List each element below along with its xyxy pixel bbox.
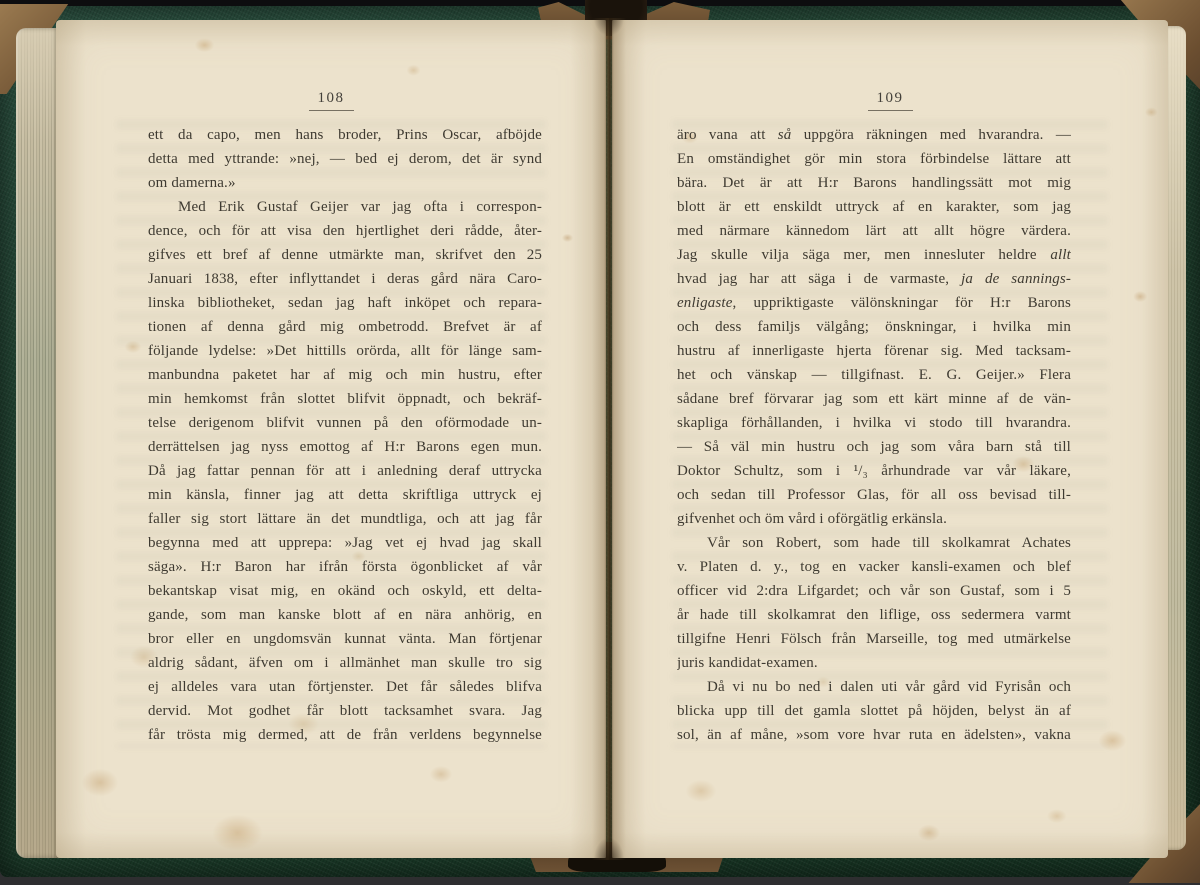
text-line: och sedan till Professor Glas, för all o… — [677, 483, 1071, 507]
folio-left: 108 — [56, 90, 606, 111]
text-line: Då vi nu bo ned i dalen uti vår gård vid… — [677, 675, 1071, 699]
text-line: år hade till skolkamrat den liflige, oss… — [677, 603, 1071, 627]
text-line: äro vana att så uppgöra räkningen med hv… — [677, 123, 1071, 147]
text-line: om damerna.» — [148, 171, 542, 195]
text-line: gifvenhet och öm vård i oförgätlig erkän… — [677, 507, 1071, 531]
page-right-text: äro vana att så uppgöra räkningen med hv… — [677, 123, 1071, 747]
book-photo: 108 ett da capo, men hans broder, Prins … — [0, 0, 1200, 885]
text-line: sådane bref förvarar jag som ett kärt mi… — [677, 387, 1071, 411]
text-line: linska bibliotheket, sedan jag haft inkö… — [148, 291, 542, 315]
text-line: ej alldeles vara utan förtjenster. Det f… — [148, 675, 542, 699]
text-line: följande lydelse: »Det hittills orörda, … — [148, 339, 542, 363]
text-line: aldrig sådant, äfven om i allmänhet man … — [148, 651, 542, 675]
text-line: — Så väl min hustru och jag som våra bar… — [677, 435, 1071, 459]
text-line: Vår son Robert, som hade till skolkamrat… — [677, 531, 1071, 555]
text-line: hvad jag har att säga i de varmaste, ja … — [677, 267, 1071, 291]
text-line: Då jag fattar pennan för att i anledning… — [148, 459, 542, 483]
text-line: gande, som man kanske blott af en nära a… — [148, 603, 542, 627]
text-line: gifves ett bref af denne utmärkte man, s… — [148, 243, 542, 267]
text-line: Med Erik Gustaf Geijer var jag ofta i co… — [148, 195, 542, 219]
text-line: Doktor Schultz, som i ¹/₃ århundrade var… — [677, 459, 1071, 483]
text-line: derrättelsen jag nyss emottog af H:r Bar… — [148, 435, 542, 459]
text-line: ett da capo, men hans broder, Prins Osca… — [148, 123, 542, 147]
page-edges-left — [16, 28, 60, 858]
page-number-right: 109 — [868, 90, 913, 111]
text-line: och dess familjs välgång; önskningar, i … — [677, 315, 1071, 339]
text-line: bära. Det är att H:r Barons handlingssät… — [677, 171, 1071, 195]
text-line: min hemkomst från slottet blifvit öppnad… — [148, 387, 542, 411]
page-left: 108 ett da capo, men hans broder, Prins … — [56, 20, 606, 858]
page-number-left: 108 — [309, 90, 354, 111]
text-line: dervid. Mot godhet får blott tacksamhet … — [148, 699, 542, 723]
text-line: blicka upp till det gamla slottet på höj… — [677, 699, 1071, 723]
page-left-text: ett da capo, men hans broder, Prins Osca… — [148, 123, 542, 747]
text-line: Januari 1838, efter inflyttandet i deras… — [148, 267, 542, 291]
text-line: telse derigenom blifvit vunnen på den of… — [148, 411, 542, 435]
text-line: hustru af innerligaste hjerta förenar si… — [677, 339, 1071, 363]
text-line: min känsla, finner jag att detta skriftl… — [148, 483, 542, 507]
text-line: juris kandidat-examen. — [677, 651, 1071, 675]
text-line: säga». H:r Baron har ifrån första ögonbl… — [148, 555, 542, 579]
text-line: faller sig stort lättare än det mundtlig… — [148, 507, 542, 531]
text-line: med närmare kännedom lärt att allt högre… — [677, 219, 1071, 243]
text-line: begynna med att upprepa: »Jag vet ej hva… — [148, 531, 542, 555]
text-line: får trösta mig dermed, att de från verld… — [148, 723, 542, 747]
text-line: En omständighet gör min stora förbindels… — [677, 147, 1071, 171]
text-line: bekantskap visat mig, en okänd och oskyl… — [148, 579, 542, 603]
text-line: detta med yttrande: »nej, — bed ej derom… — [148, 147, 542, 171]
text-line: sol, än af måne, »som vore hvar ruta en … — [677, 723, 1071, 747]
text-line: tillgifne Henri Fölsch från Marseille, t… — [677, 627, 1071, 651]
text-line: Jag skulle vilja säga mer, men inneslute… — [677, 243, 1071, 267]
text-line: tionen af denna gård mig ombetrodd. Bref… — [148, 315, 542, 339]
text-line: skapliga förhållanden, i hvilka vi stodo… — [677, 411, 1071, 435]
text-line: dence, och för att visa den hjertlighet … — [148, 219, 542, 243]
text-line: manbundna paketet har af mig och min hus… — [148, 363, 542, 387]
folio-right: 109 — [612, 90, 1168, 111]
text-line: v. Platen d. y., tog en vacker kansli-ex… — [677, 555, 1071, 579]
text-line: blott är ett enskildt uttryck af en kara… — [677, 195, 1071, 219]
text-line: officer vid 2:dra Lifgardet; och vår son… — [677, 579, 1071, 603]
page-right: 109 äro vana att så uppgöra räkningen me… — [612, 20, 1168, 858]
text-line: bror eller en ungdomsvän kunnat vänta. M… — [148, 627, 542, 651]
text-line: enligaste, uppriktigaste välönskningar f… — [677, 291, 1071, 315]
text-line: het och vänskap — tillgifnast. E. G. Gei… — [677, 363, 1071, 387]
